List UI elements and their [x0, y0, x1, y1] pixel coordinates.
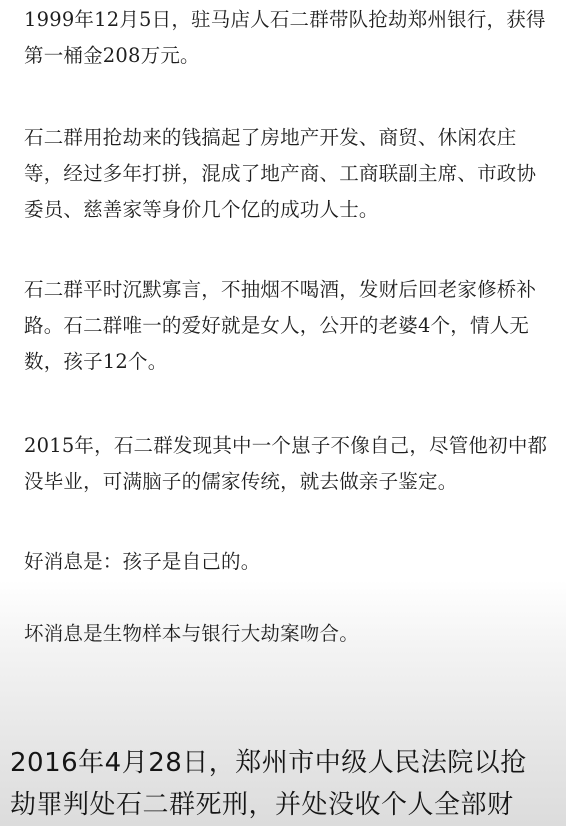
paragraph-good-news: 好消息是：孩子是自己的。 — [24, 544, 554, 580]
paragraph-paternity-test: 2015年，石二群发现其中一个崽子不像自己，尽管他初中都没毕业，可满脑子的儒家传… — [24, 428, 554, 500]
paragraph-bad-news: 坏消息是生物样本与银行大劫案吻合。 — [24, 616, 554, 652]
paragraph-business: 石二群用抢劫来的钱搞起了房地产开发、商贸、休闲农庄等，经过多年打拼，混成了地产商… — [24, 120, 554, 228]
caption-line-1: 2016年4月28日，郑州市中级人民法院以抢 — [10, 742, 566, 784]
video-caption: 2016年4月28日，郑州市中级人民法院以抢 劫罪判处石二群死刑，并处没收个人全… — [10, 742, 566, 826]
paragraph-robbery: 1999年12月5日，驻马店人石二群带队抢劫郑州银行，获得第一桶金208万元。 — [24, 2, 554, 74]
paragraph-personal-life: 石二群平时沉默寡言，不抽烟不喝酒，发财后回老家修桥补路。石二群唯一的爱好就是女人… — [24, 272, 554, 380]
caption-line-2: 劫罪判处石二群死刑，并处没收个人全部财 — [10, 784, 566, 826]
